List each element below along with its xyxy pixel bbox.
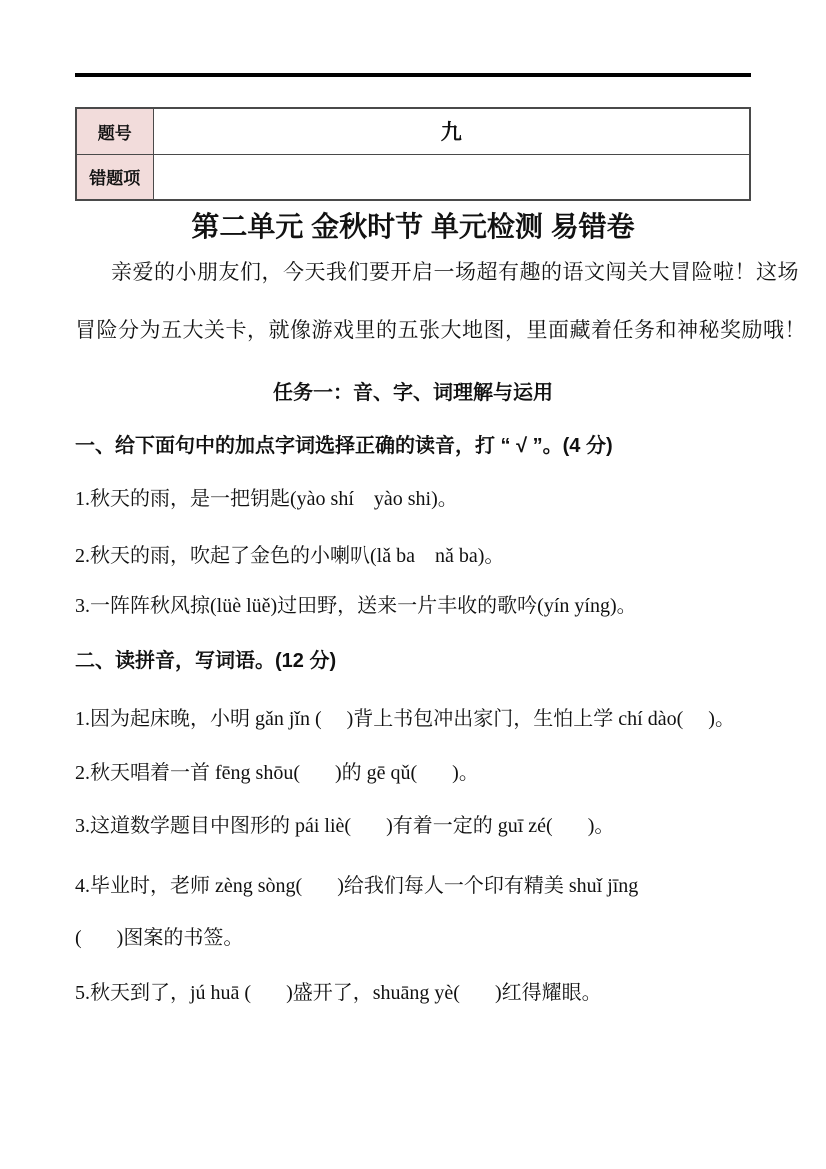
question-number-table: 题号 九 错题项	[75, 107, 751, 201]
intro-line-1: 亲爱的小朋友们，今天我们要开启一场超有趣的语文闯关大冒险啦！这场	[75, 258, 799, 288]
table-row-wrong-items: 错题项	[76, 154, 750, 200]
intro-line-2: 冒险分为五大关卡，就像游戏里的五张大地图，里面藏着任务和神秘奖励哦！	[75, 316, 806, 346]
exam-paper-page: 题号 九 错题项 第二单元 金秋时节 单元检测 易错卷 亲爱的小朋友们，今天我们…	[0, 0, 826, 1169]
row-header-question-number: 题号	[76, 108, 153, 154]
q2-item-4: 4.毕业时，老师 zèng sòng( )给我们每人一个印有精美 shuǐ jī…	[75, 871, 638, 901]
q2-item-2: 2.秋天唱着一首 fēng shōu( )的 gē qǔ( )。	[75, 758, 479, 788]
q1-item-1: 1.秋天的雨，是一把钥匙(yào shí yào shi)。	[75, 484, 458, 514]
question2-heading: 二、读拼音，写词语。(12 分)	[75, 646, 336, 676]
q1-item-2: 2.秋天的雨，吹起了金色的小喇叭(lǎ ba nǎ ba)。	[75, 541, 504, 571]
q2-item-1: 1.因为起床晚，小明 gǎn jǐn ( )背上书包冲出家门，生怕上学 chí …	[75, 704, 735, 734]
row-header-wrong-items: 错题项	[76, 154, 153, 200]
question-number-value: 九	[153, 108, 750, 154]
q1-item-3: 3.一阵阵秋风掠(lüè lüě)过田野，送来一片丰收的歌吟(yín yíng)…	[75, 591, 637, 621]
task1-heading: 任务一：音、字、词理解与运用	[0, 379, 826, 407]
wrong-items-value	[153, 154, 750, 200]
question1-heading: 一、给下面句中的加点字词选择正确的读音，打 “ √ ”。(4 分)	[75, 431, 613, 461]
q2-item-4-continued: ( )图案的书签。	[75, 923, 243, 953]
page-title: 第二单元 金秋时节 单元检测 易错卷	[0, 209, 826, 245]
q2-item-5: 5.秋天到了，jú huā ( )盛开了，shuāng yè( )红得耀眼。	[75, 978, 602, 1008]
header-divider-line	[75, 73, 751, 77]
q2-item-3: 3.这道数学题目中图形的 pái liè( )有着一定的 guī zé( )。	[75, 811, 614, 841]
table-row-question-number: 题号 九	[76, 108, 750, 154]
